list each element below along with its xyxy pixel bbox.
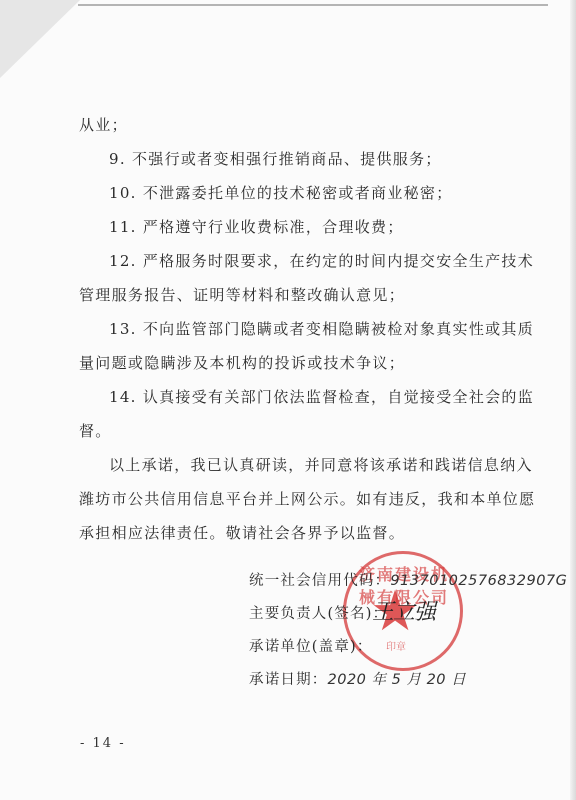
date-value: 2020 年 5 月 20 日 — [328, 672, 467, 688]
credit-code-row: 统一社会信用代码：91370102576832907G — [249, 565, 567, 598]
item-9: 9. 不强行或者变相强行推销商品、提供服务； — [79, 142, 509, 176]
credit-code-value: 91370102576832907G — [390, 573, 567, 589]
pledge-paragraph-line-2: 潍坊市公共信用信息平台并上网公示。如有违反，我和本单位愿 — [79, 482, 509, 516]
page-number: - 14 - — [80, 736, 126, 751]
item-13-cont: 量问题或隐瞒涉及本机构的投诉或技术争议； — [79, 346, 509, 380]
body-line: 从业； — [79, 108, 509, 142]
page-top-edge — [78, 4, 548, 6]
item-11: 11. 严格遵守行业收费标准，合理收费； — [79, 210, 509, 244]
date-row: 承诺日期：2020 年 5 月 20 日 — [249, 664, 567, 697]
credit-code-label: 统一社会信用代码： — [249, 573, 390, 589]
document-page: 从业； 9. 不强行或者变相强行推销商品、提供服务； 10. 不泄露委托单位的技… — [0, 0, 576, 800]
item-10: 10. 不泄露委托单位的技术秘密或者商业秘密； — [79, 176, 509, 210]
commitment-body: 从业； 9. 不强行或者变相强行推销商品、提供服务； 10. 不泄露委托单位的技… — [79, 108, 509, 550]
unit-row: 承诺单位(盖章)： — [249, 631, 567, 664]
unit-label: 承诺单位(盖章)： — [249, 639, 373, 655]
signature-block: 统一社会信用代码：91370102576832907G 主要负责人(签名)： 承… — [249, 565, 567, 697]
item-14-cont: 督。 — [79, 414, 509, 448]
page-right-edge — [570, 0, 576, 800]
pledge-paragraph-line-3: 承担相应法律责任。敬请社会各界予以监督。 — [79, 516, 509, 550]
item-14: 14. 认真接受有关部门依法监督检查，自觉接受全社会的监 — [79, 380, 509, 414]
pledge-paragraph-line-1: 以上承诺，我已认真研读，并同意将该承诺和践诺信息纳入 — [79, 448, 509, 482]
principal-label: 主要负责人(签名)： — [249, 606, 388, 622]
item-12-cont: 管理服务报告、证明等材料和整改确认意见； — [79, 278, 509, 312]
date-label: 承诺日期： — [249, 672, 328, 688]
handwritten-signature: 王立强 — [372, 595, 435, 626]
item-12: 12. 严格服务时限要求，在约定的时间内提交安全生产技术 — [79, 244, 509, 278]
item-13: 13. 不向监管部门隐瞒或者变相隐瞒被检对象真实性或其质 — [79, 312, 509, 346]
folded-corner — [0, 0, 80, 78]
